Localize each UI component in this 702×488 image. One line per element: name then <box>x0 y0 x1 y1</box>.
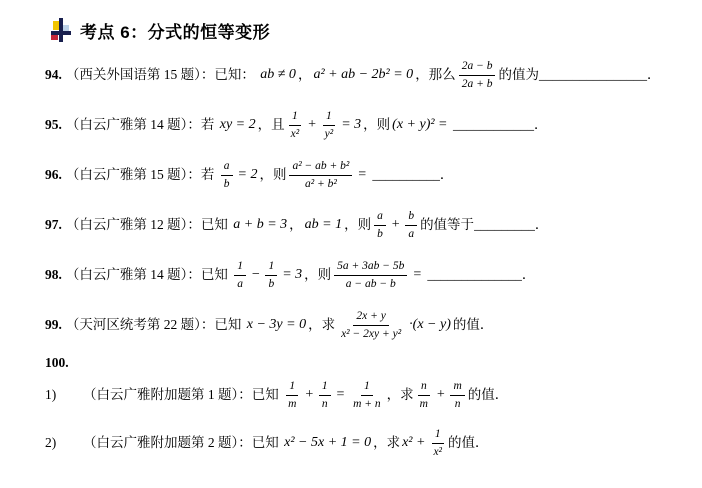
problem-row-100: 100. <box>45 353 666 373</box>
fraction: ba <box>405 209 417 241</box>
fraction-numerator: 2a − b <box>459 59 496 75</box>
fraction-denominator: b <box>374 226 386 241</box>
fraction: ab <box>221 159 233 191</box>
fraction-denominator: b <box>221 176 233 191</box>
math-expression: ab ≠ 0 <box>258 66 298 84</box>
problem-text: ， <box>298 67 312 84</box>
fraction-numerator: 1 <box>286 379 298 395</box>
math-expression: = <box>355 166 372 184</box>
problem-text: ． <box>535 217 549 234</box>
problem-text: （白云广雅附加题第 2 题）：已知 <box>83 435 282 452</box>
problem-text: ， <box>289 217 303 234</box>
problem-number-95: 95. <box>45 117 62 134</box>
fraction-numerator: 1 <box>361 379 373 395</box>
problem-text: ，那么 <box>415 67 456 84</box>
fraction: nm <box>417 379 431 411</box>
fraction-denominator: x² <box>288 126 303 141</box>
math-expression: x² − 5x + 1 = 0 <box>282 434 373 452</box>
math-expression: + <box>302 386 315 404</box>
fraction-denominator: a − ab − b <box>343 276 399 291</box>
fraction: 1m <box>285 379 299 411</box>
problem-text: （白云广雅第 14 题）：已知 <box>66 267 231 284</box>
answer-blank: __________ <box>372 167 440 184</box>
problem-text: 的值等于 <box>420 217 474 234</box>
fraction: mn <box>450 379 464 411</box>
math-expression: + <box>305 116 318 134</box>
marker-horizontal-bar <box>51 31 71 35</box>
math-expression: x² + <box>400 434 427 452</box>
fraction-numerator: 1 <box>323 109 335 125</box>
problems-list: 94.（西关外国语第 15 题）：已知： ab ≠ 0，a² + ab − 2b… <box>45 53 666 465</box>
fraction-denominator: b <box>265 276 277 291</box>
problem-number-100-2: 2) <box>45 435 79 452</box>
fraction: 1x² <box>288 109 303 141</box>
problem-row-100-2: 2)（白云广雅附加题第 2 题）：已知 x² − 5x + 1 = 0，求x² … <box>45 421 666 465</box>
worksheet-page: 考点 6：分式的恒等变形 94.（西关外国语第 15 题）：已知： ab ≠ 0… <box>0 0 702 488</box>
fraction-numerator: n <box>418 379 430 395</box>
problem-text: （白云广雅第 12 题）：已知 <box>66 217 231 234</box>
fraction-numerator: 1 <box>234 259 246 275</box>
fraction-numerator: 2x + y <box>353 309 388 325</box>
section-marker-icon <box>51 18 71 43</box>
problem-number-98: 98. <box>45 267 62 284</box>
math-expression: + <box>389 216 402 234</box>
fraction-denominator: a² + b² <box>302 176 340 191</box>
problem-text: 的值为 <box>498 67 539 84</box>
fraction-denominator: a <box>234 276 246 291</box>
fraction: ab <box>374 209 386 241</box>
fraction-numerator: 1 <box>432 427 444 443</box>
fraction-numerator: a <box>221 159 233 175</box>
problem-text: ，则 <box>363 117 390 134</box>
math-expression: + <box>434 386 447 404</box>
math-expression: ·(x − y) <box>407 316 453 334</box>
problem-row-97: 97.（白云广雅第 12 题）：已知 a + b = 3，ab = 1，则ab+… <box>45 203 666 247</box>
problem-text: ，且 <box>258 117 285 134</box>
math-expression: a² + ab − 2b² = 0 <box>311 66 415 84</box>
problem-row-95: 95.（白云广雅第 14 题）：若 xy = 2，且1x²+1y²= 3，则(x… <box>45 103 666 147</box>
fraction: 5a + 3ab − 5ba − ab − b <box>334 259 407 291</box>
problem-row-100-1: 1)（白云广雅附加题第 1 题）：已知 1m+1n=1m + n，求nm+mn的… <box>45 373 666 417</box>
fraction-numerator: 1 <box>319 379 331 395</box>
answer-blank: ____________ <box>453 117 534 134</box>
fraction-denominator: m + n <box>350 396 384 411</box>
problem-text: ，求 <box>308 317 335 334</box>
marker-vertical-bar <box>59 18 63 42</box>
fraction-numerator: a <box>374 209 386 225</box>
problem-text: （白云广雅附加题第 1 题）：已知 <box>83 387 282 404</box>
math-expression: = 2 <box>236 166 260 184</box>
problem-text: ，求 <box>373 435 400 452</box>
math-expression: (x + y)² = <box>390 116 453 134</box>
problem-text: ，则 <box>259 167 286 184</box>
fraction: 1m + n <box>350 379 384 411</box>
fraction-denominator: m <box>285 396 299 411</box>
math-expression: = 3 <box>280 266 304 284</box>
section-title-row: 考点 6：分式的恒等变形 <box>51 18 666 43</box>
problem-text: 的值． <box>448 435 489 452</box>
problem-row-94: 94.（西关外国语第 15 题）：已知： ab ≠ 0，a² + ab − 2b… <box>45 53 666 97</box>
fraction: 1n <box>319 379 331 411</box>
fraction-numerator: 1 <box>289 109 301 125</box>
problem-number-100-1: 1) <box>45 387 79 404</box>
math-expression: a + b = 3 <box>231 216 289 234</box>
fraction: 2x + yx² − 2xy + y² <box>338 309 404 341</box>
fraction-denominator: a <box>405 226 417 241</box>
fraction-denominator: n <box>319 396 331 411</box>
fraction: 1a <box>234 259 246 291</box>
answer-blank: ________________ <box>539 67 647 84</box>
problem-number-100: 100. <box>45 355 69 372</box>
fraction-denominator: y² <box>322 126 337 141</box>
problem-text: ，则 <box>304 267 331 284</box>
fraction-denominator: 2a + b <box>459 76 496 91</box>
fraction: 1y² <box>322 109 337 141</box>
problem-text: ． <box>534 117 548 134</box>
math-expression: x − 3y = 0 <box>245 316 308 334</box>
answer-blank: ______________ <box>427 267 522 284</box>
fraction-numerator: 5a + 3ab − 5b <box>334 259 407 275</box>
answer-blank: _________ <box>474 217 535 234</box>
problem-row-99: 99.（天河区统考第 22 题）：已知 x − 3y = 0，求2x + yx²… <box>45 303 666 347</box>
problem-number-97: 97. <box>45 217 62 234</box>
fraction-denominator: m <box>417 396 431 411</box>
fraction-numerator: b <box>405 209 417 225</box>
problem-number-96: 96. <box>45 167 62 184</box>
fraction: 1x² <box>430 427 445 459</box>
math-expression: ab = 1 <box>303 216 344 234</box>
fraction-denominator: x² − 2xy + y² <box>338 326 404 341</box>
math-expression: xy = 2 <box>218 116 258 134</box>
problem-text: （天河区统考第 22 题）：已知 <box>66 317 245 334</box>
problem-text: （白云广雅第 14 题）：若 <box>66 117 218 134</box>
fraction: 2a − b2a + b <box>459 59 496 91</box>
math-expression: = 3 <box>339 116 363 134</box>
fraction-numerator: m <box>450 379 464 395</box>
problem-text: （西关外国语第 15 题）：已知： <box>66 67 258 84</box>
problem-text: 的值． <box>468 387 509 404</box>
problem-row-96: 96.（白云广雅第 15 题）：若 ab= 2，则a² − ab + b²a² … <box>45 153 666 197</box>
fraction: a² − ab + b²a² + b² <box>289 159 352 191</box>
problem-row-98: 98.（白云广雅第 14 题）：已知 1a−1b= 3，则5a + 3ab − … <box>45 253 666 297</box>
problem-text: ． <box>522 267 536 284</box>
problem-text: ，求 <box>387 387 414 404</box>
problem-text: （白云广雅第 15 题）：若 <box>66 167 218 184</box>
page-title: 考点 6：分式的恒等变形 <box>80 18 270 43</box>
math-expression: = <box>334 386 347 404</box>
fraction-denominator: x² <box>430 444 445 459</box>
math-expression: − <box>249 266 262 284</box>
problem-text: ． <box>440 167 454 184</box>
problem-text: ，则 <box>344 217 371 234</box>
problem-text: ． <box>647 67 661 84</box>
fraction-numerator: 1 <box>265 259 277 275</box>
problem-number-94: 94. <box>45 67 62 84</box>
problem-number-99: 99. <box>45 317 62 334</box>
math-expression: = <box>410 266 427 284</box>
fraction-denominator: n <box>452 396 464 411</box>
fraction: 1b <box>265 259 277 291</box>
fraction-numerator: a² − ab + b² <box>289 159 352 175</box>
problem-text: 的值． <box>453 317 494 334</box>
